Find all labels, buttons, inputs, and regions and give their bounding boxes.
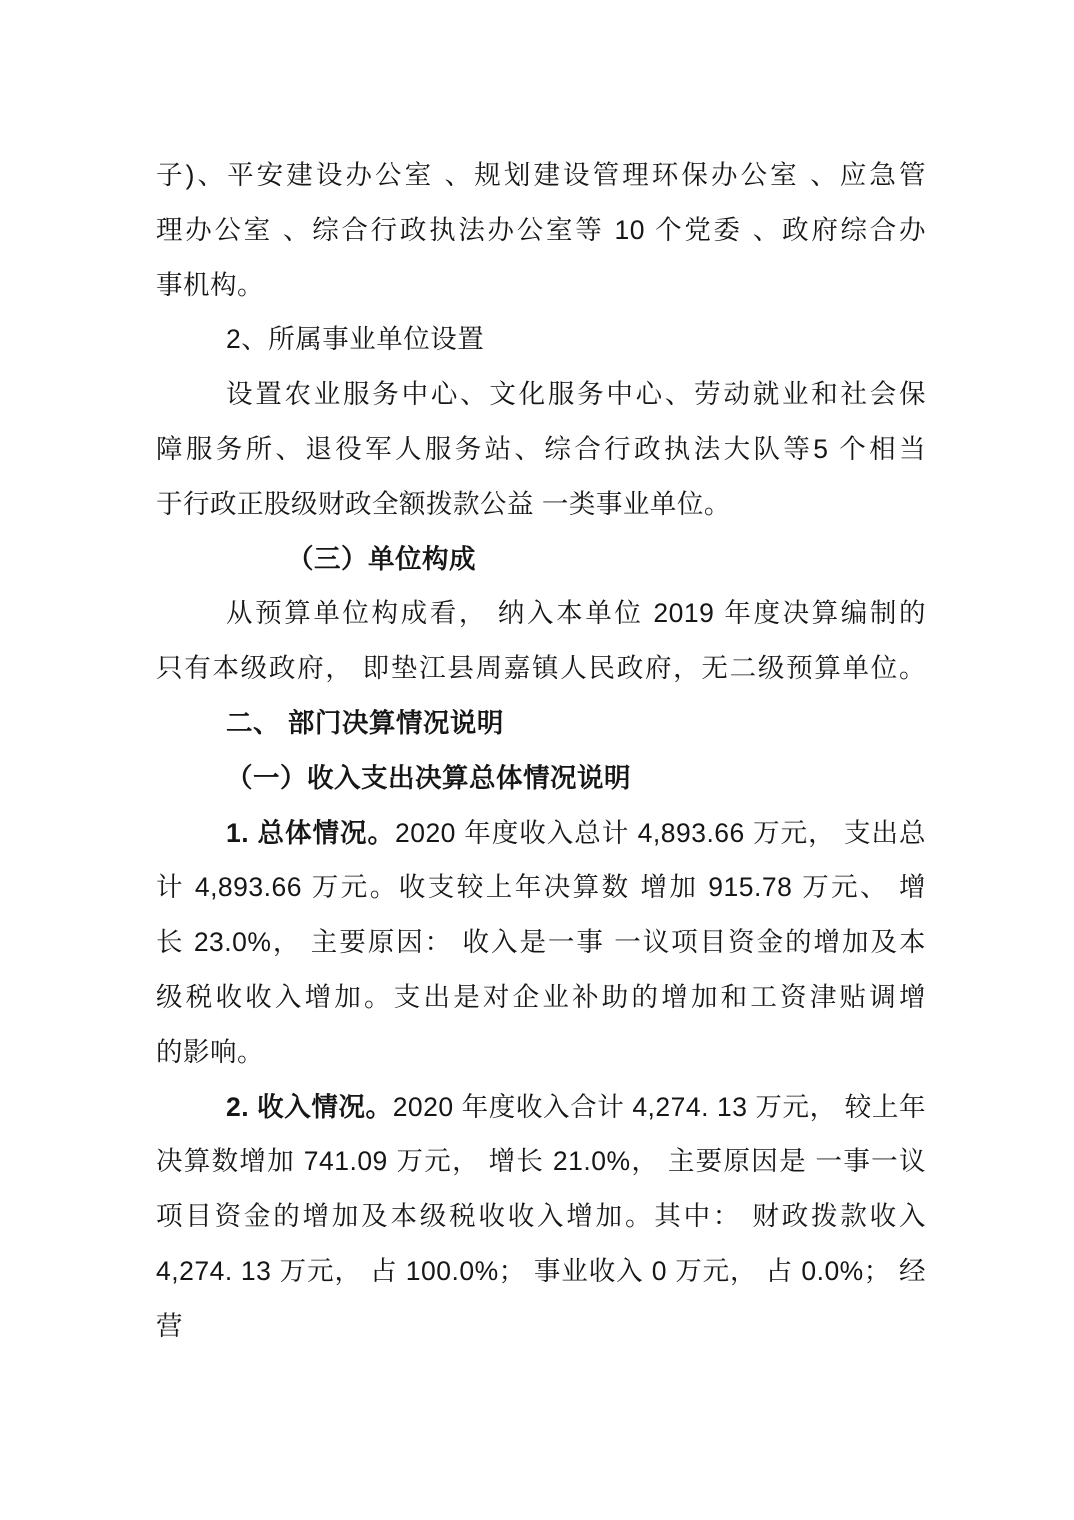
text-line: 计 4,893.66 万元。收支较上年决算数 增加 915.78 万元、 增 [156,860,926,915]
document-body: 子)、平安建设办公室 、规划建设管理环保办公室 、应急管理办公室 、综合行政执法… [156,148,926,1354]
text-line: 级税收收入增加。支出是对企业补助的增加和工资津贴调增 [156,970,926,1025]
text-line: 只有本级政府， 即垫江县周嘉镇人民政府，无二级预算单位。 [156,641,926,696]
para-party-government-offices: 子)、平安建设办公室 、规划建设管理环保办公室 、应急管理办公室 、综合行政执法… [156,148,926,312]
para-revenue-situation: 2. 收入情况。2020 年度收入合计 4,274. 13 万元， 较上年决算数… [156,1080,926,1354]
text-line: 项目资金的增加及本级税收收入增加。其中： 财政拨款收入 [156,1189,926,1244]
text-line: 事机构。 [156,258,926,313]
document-page: 子)、平安建设办公室 、规划建设管理环保办公室 、应急管理办公室 、综合行政执法… [0,0,1074,1520]
para-budget-unit-composition: 从预算单位构成看， 纳入本单位 2019 年度决算编制的只有本级政府， 即垫江县… [156,586,926,696]
text-line: 从预算单位构成看， 纳入本单位 2019 年度决算编制的 [156,586,926,641]
heading-unit-composition: （三）单位构成 [156,532,926,587]
bold-lead-label: 1. 总体情况。 [226,818,395,848]
text-line: （一）收入支出决算总体情况说明 [156,751,926,806]
text-line: 4,274. 13 万元， 占 100.0%； 事业收入 0 万元， 占 0.0… [156,1244,926,1354]
text-line: 子)、平安建设办公室 、规划建设管理环保办公室 、应急管 [156,148,926,203]
para-overall-situation: 1. 总体情况。2020 年度收入总计 4,893.66 万元， 支出总计 4,… [156,806,926,1080]
text-line: 长 23.0%， 主要原因： 收入是一事 一议项目资金的增加及本 [156,915,926,970]
text-line: 2、所属事业单位设置 [156,312,926,367]
text-line: 二、 部门决算情况说明 [156,696,926,751]
text-line: 设置农业服务中心、文化服务中心、劳动就业和社会保 [156,367,926,422]
heading-subordinate-institutions: 2、所属事业单位设置 [156,312,926,367]
text-line: 决算数增加 741.09 万元， 增长 21.0%， 主要原因是 一事一议 [156,1134,926,1189]
text-line: 理办公室 、综合行政执法办公室等 10 个党委 、政府综合办 [156,203,926,258]
heading-revenue-expenditure-overview: （一）收入支出决算总体情况说明 [156,751,926,806]
para-service-centers: 设置农业服务中心、文化服务中心、劳动就业和社会保障服务所、退役军人服务站、综合行… [156,367,926,531]
heading-section-two-final-accounts: 二、 部门决算情况说明 [156,696,926,751]
bold-lead-label: 2. 收入情况。 [226,1092,393,1122]
text-line: （三）单位构成 [156,532,926,587]
text-line: 的影响。 [156,1025,926,1080]
text-line: 障服务所、退役军人服务站、综合行政执法大队等5 个相当 [156,422,926,477]
text-line: 2. 收入情况。2020 年度收入合计 4,274. 13 万元， 较上年 [156,1080,926,1135]
text-line: 1. 总体情况。2020 年度收入总计 4,893.66 万元， 支出总 [156,806,926,861]
text-line: 于行政正股级财政全额拨款公益 一类事业单位。 [156,477,926,532]
